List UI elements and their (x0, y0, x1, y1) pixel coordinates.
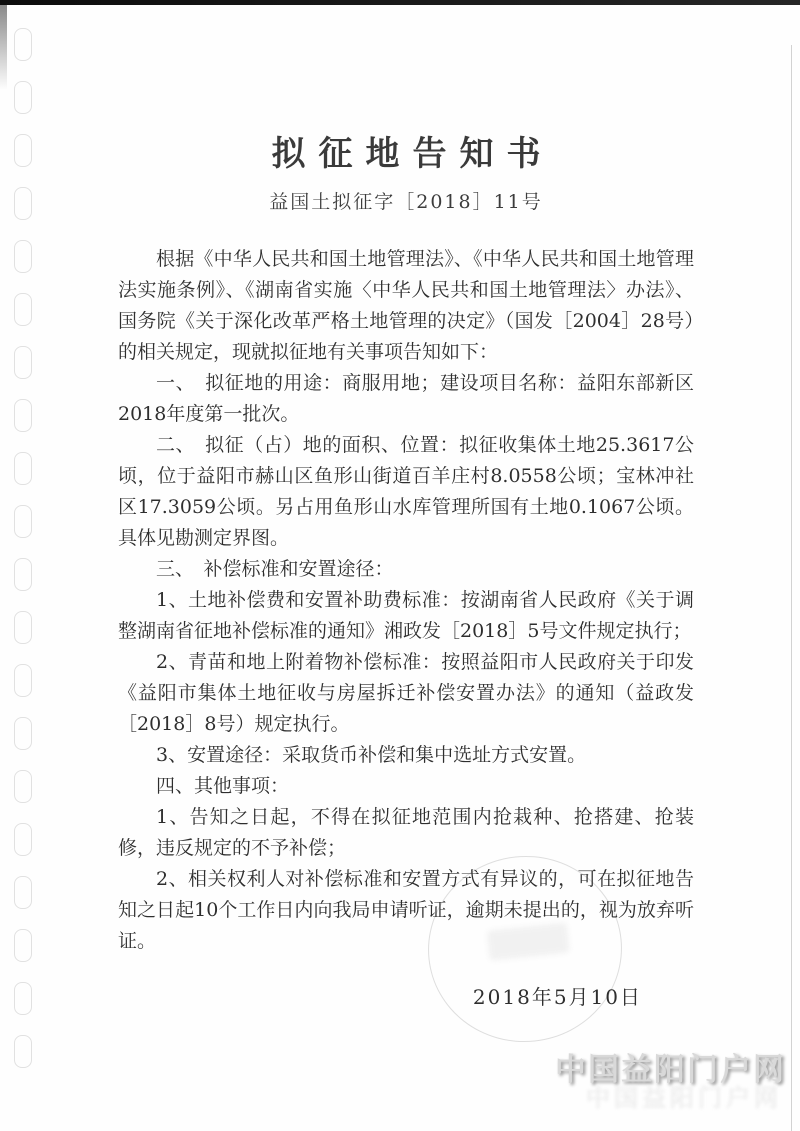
binding-hole (14, 346, 32, 379)
paragraph: 1、告知之日起，不得在拟征地范围内抢栽种、抢搭建、抢装修，违反规定的不予补偿； (118, 802, 694, 864)
scan-corner-mark (0, 5, 7, 90)
binding-hole (14, 399, 32, 432)
binding-hole (14, 876, 32, 909)
binding-hole (14, 664, 32, 697)
paragraph: 2、青苗和地上附着物补偿标准：按照益阳市人民政府关于印发《益阳市集体土地征收与房… (118, 647, 694, 740)
document-title: 拟征地告知书 (118, 126, 694, 175)
binding-hole (14, 929, 32, 962)
binding-hole (14, 982, 32, 1015)
binding-hole (14, 611, 32, 644)
paragraph: 3、安置途径：采取货币补偿和集中选址方式安置。 (118, 740, 694, 771)
paragraph: 三、 补偿标准和安置途径： (118, 554, 694, 585)
paragraph: 1、土地补偿费和安置补助费标准：按湖南省人民政府《关于调整湖南省征地补偿标准的通… (118, 585, 694, 647)
binding-hole (14, 134, 32, 167)
binding-hole (14, 1035, 32, 1068)
binding-hole (14, 717, 32, 750)
document-number: 益国土拟征字［2018］11号 (118, 187, 694, 214)
binding-hole (14, 558, 32, 591)
binding-hole (14, 28, 32, 61)
binding-hole (14, 187, 32, 220)
binding-hole (14, 452, 32, 485)
paragraph: 四、其他事项： (118, 771, 694, 802)
paper-edge-line (791, 45, 792, 1131)
document-page: 拟征地告知书 益国土拟征字［2018］11号 根据《中华人民共和国土地管理法》、… (118, 126, 694, 1010)
binding-hole (14, 770, 32, 803)
binding-hole (14, 240, 32, 273)
paragraph: 2、相关权利人对补偿标准和安置方式有异议的，可在拟征地告知之日起10个工作日内向… (118, 864, 694, 957)
scan-edge-top (0, 0, 800, 5)
paragraph: 二、 拟征（占）地的面积、位置：拟征收集体土地25.3617公顷，位于益阳市赫山… (118, 430, 694, 554)
paragraph: 一、 拟征地的用途：商服用地；建设项目名称：益阳东部新区2018年度第一批次。 (118, 368, 694, 430)
site-watermark-ghost: 中国益阳门户网 (586, 1078, 782, 1113)
document-date: 2018年5月10日 (118, 981, 694, 1010)
binding-hole (14, 293, 32, 326)
binding-hole (14, 505, 32, 538)
binding-hole (14, 81, 32, 114)
paragraph: 根据《中华人民共和国土地管理法》、《中华人民共和国土地管理法实施条例》、《湖南省… (118, 244, 694, 368)
document-body: 根据《中华人民共和国土地管理法》、《中华人民共和国土地管理法实施条例》、《湖南省… (118, 244, 694, 957)
binding-hole (14, 823, 32, 856)
